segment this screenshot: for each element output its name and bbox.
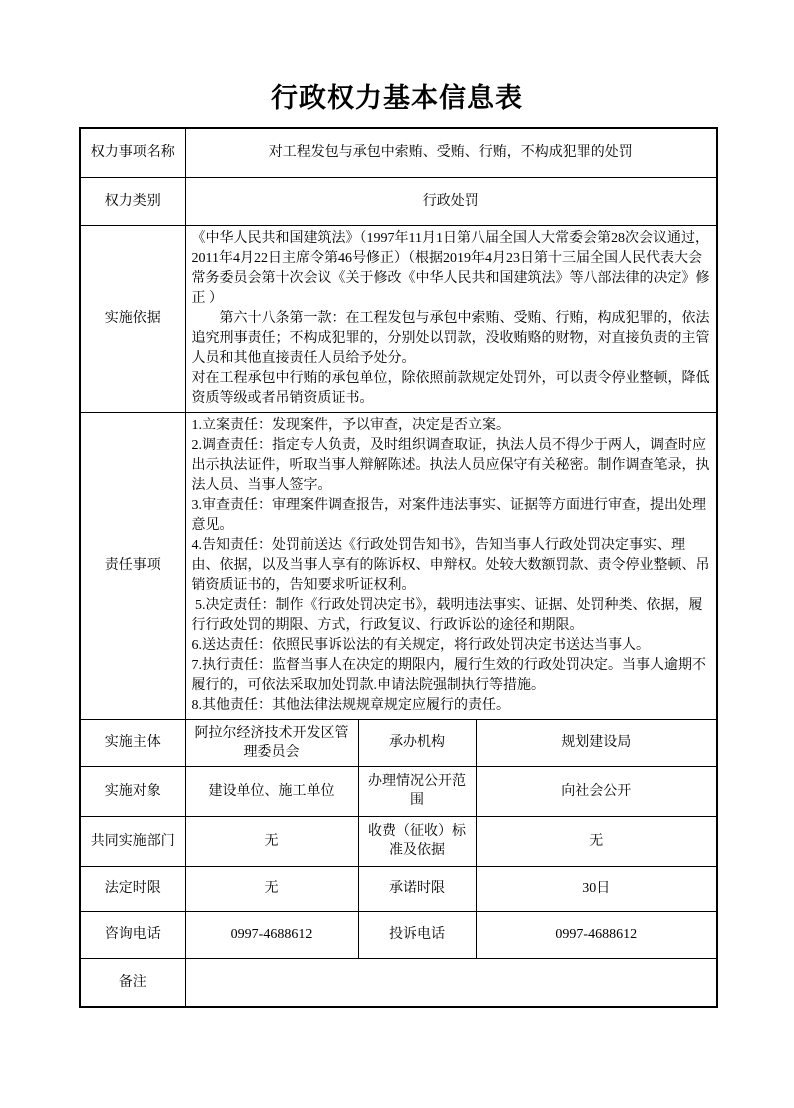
row-power-type: 权力类别 行政处罚 — [80, 177, 717, 225]
undertaking-agency-label: 承办机构 — [358, 719, 476, 766]
promised-time-limit-label: 承诺时限 — [358, 866, 476, 911]
joint-departments-value: 无 — [185, 816, 358, 866]
remark-label: 备注 — [80, 958, 185, 1007]
row-remark: 备注 — [80, 958, 717, 1007]
implementation-target-label: 实施对象 — [80, 766, 185, 816]
basis-paragraph: 对在工程承包中行贿的承包单位，除依照前款规定处罚外，可以责令停业整顿，降低资质等… — [192, 369, 711, 409]
info-table: 权力事项名称 对工程发包与承包中索贿、受贿、行贿，不构成犯罪的处罚 权力类别 行… — [79, 127, 718, 1008]
consult-phone-label: 咨询电话 — [80, 911, 185, 958]
responsibility-items-value: 1.立案责任：发现案件，予以审查，决定是否立案。 2.调查责任：指定专人负责，及… — [185, 412, 717, 719]
row-joint-departments: 共同实施部门 无 收费（征收）标准及依据 无 — [80, 816, 717, 866]
duty-item: 5.决定责任：制作《行政处罚决定书》，载明违法事实、证据、处罚种类、依据，履行行… — [192, 596, 711, 636]
basis-paragraph: 《中华人民共和国建筑法》（1997年11月1日第八届全国人大常委会第28次会议通… — [192, 229, 711, 309]
power-type-value: 行政处罚 — [185, 177, 717, 225]
promised-time-limit-value: 30日 — [476, 866, 717, 911]
implementation-target-value: 建设单位、施工单位 — [185, 766, 358, 816]
power-type-label: 权力类别 — [80, 177, 185, 225]
power-item-name-value: 对工程发包与承包中索贿、受贿、行贿，不构成犯罪的处罚 — [185, 128, 717, 177]
legal-time-limit-label: 法定时限 — [80, 866, 185, 911]
remark-value — [185, 958, 717, 1007]
row-time-limits: 法定时限 无 承诺时限 30日 — [80, 866, 717, 911]
row-phones: 咨询电话 0997-4688612 投诉电话 0997-4688612 — [80, 911, 717, 958]
row-implementation-target: 实施对象 建设单位、施工单位 办理情况公开范围 向社会公开 — [80, 766, 717, 816]
responsibility-items-label: 责任事项 — [80, 412, 185, 719]
fee-standard-value: 无 — [476, 816, 717, 866]
duty-item: 6.送达责任：依照民事诉讼法的有关规定，将行政处罚决定书送达当事人。 — [192, 636, 711, 656]
row-power-item-name: 权力事项名称 对工程发包与承包中索贿、受贿、行贿，不构成犯罪的处罚 — [80, 128, 717, 177]
disclosure-scope-value: 向社会公开 — [476, 766, 717, 816]
implementation-basis-label: 实施依据 — [80, 225, 185, 412]
duty-item: 2.调查责任：指定专人负责，及时组织调查取证，执法人员不得少于两人，调查时应出示… — [192, 436, 711, 496]
complaint-phone-label: 投诉电话 — [358, 911, 476, 958]
fee-standard-label: 收费（征收）标准及依据 — [358, 816, 476, 866]
legal-time-limit-value: 无 — [185, 866, 358, 911]
disclosure-scope-label: 办理情况公开范围 — [358, 766, 476, 816]
implementation-subject-label: 实施主体 — [80, 719, 185, 766]
row-responsibility-items: 责任事项 1.立案责任：发现案件，予以审查，决定是否立案。 2.调查责任：指定专… — [80, 412, 717, 719]
duty-item: 4.告知责任：处罚前送达《行政处罚告知书》，告知当事人行政处罚决定事实、理由、依… — [192, 536, 711, 596]
row-implementation-basis: 实施依据 《中华人民共和国建筑法》（1997年11月1日第八届全国人大常委会第2… — [80, 225, 717, 412]
power-item-name-label: 权力事项名称 — [80, 128, 185, 177]
joint-departments-label: 共同实施部门 — [80, 816, 185, 866]
duty-item: 3.审查责任：审理案件调查报告，对案件违法事实、证据等方面进行审查，提出处理意见… — [192, 496, 711, 536]
page-title: 行政权力基本信息表 — [0, 0, 794, 114]
duty-item: 1.立案责任：发现案件，予以审查，决定是否立案。 — [192, 416, 711, 436]
duty-item: 8.其他责任：其他法律法规规章规定应履行的责任。 — [192, 696, 711, 716]
consult-phone-value: 0997-4688612 — [185, 911, 358, 958]
implementation-subject-value: 阿拉尔经济技术开发区管理委员会 — [185, 719, 358, 766]
duty-item: 7.执行责任：监督当事人在决定的期限内，履行生效的行政处罚决定。当事人逾期不履行… — [192, 656, 711, 696]
implementation-basis-value: 《中华人民共和国建筑法》（1997年11月1日第八届全国人大常委会第28次会议通… — [185, 225, 717, 412]
document-page: 行政权力基本信息表 权力事项名称 对工程发包与承包中索贿、受贿、行贿，不构成犯罪… — [0, 0, 794, 1108]
row-implementation-subject: 实施主体 阿拉尔经济技术开发区管理委员会 承办机构 规划建设局 — [80, 719, 717, 766]
complaint-phone-value: 0997-4688612 — [476, 911, 717, 958]
undertaking-agency-value: 规划建设局 — [476, 719, 717, 766]
basis-paragraph: 第六十八条第一款：在工程发包与承包中索贿、受贿、行贿，构成犯罪的，依法追究刑事责… — [192, 309, 711, 369]
